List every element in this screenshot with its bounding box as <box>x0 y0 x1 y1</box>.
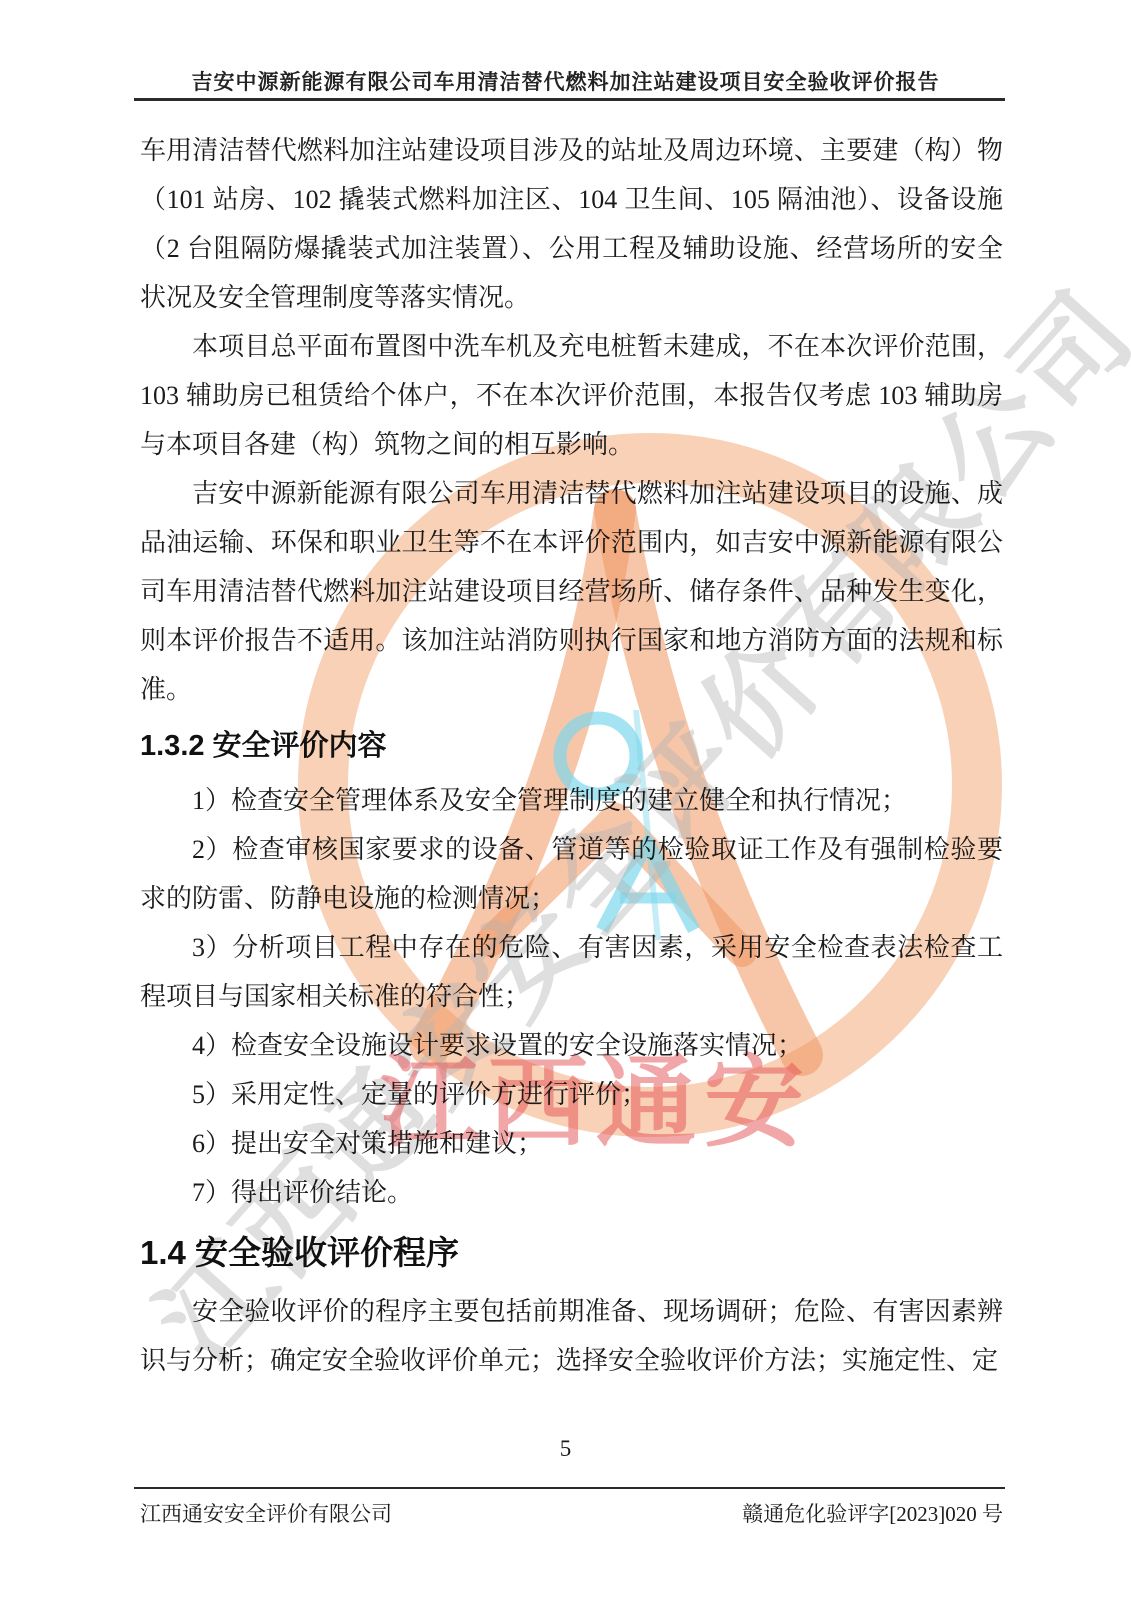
document-body: 车用清洁替代燃料加注站建设项目涉及的站址及周边环境、主要建（构）物（101 站房… <box>140 126 1003 1385</box>
list-item: 6）提出安全对策措施和建议； <box>140 1119 1003 1168</box>
paragraph: 安全验收评价的程序主要包括前期准备、现场调研；危险、有害因素辨识与分析；确定安全… <box>140 1287 1003 1385</box>
list-item: 5）采用定性、定量的评价方进行评价； <box>140 1070 1003 1119</box>
header-rule <box>134 98 1005 101</box>
section-heading-1-3-2: 1.3.2 安全评价内容 <box>140 722 1003 771</box>
paragraph: 本项目总平面布置图中洗车机及充电桩暂未建成，不在本次评价范围，103 辅助房已租… <box>140 322 1003 469</box>
header-title: 吉安中源新能源有限公司车用清洁替代燃料加注站建设项目安全验收评价报告 <box>0 66 1131 96</box>
page-content: 吉安中源新能源有限公司车用清洁替代燃料加注站建设项目安全验收评价报告 车用清洁替… <box>0 0 1131 1600</box>
paragraph: 吉安中源新能源有限公司车用清洁替代燃料加注站建设项目的设施、成品油运输、环保和职… <box>140 469 1003 714</box>
footer: 江西通安安全评价有限公司 赣通危化验评字[2023]020 号 <box>140 1498 1003 1528</box>
section-heading-1-4: 1.4 安全验收评价程序 <box>140 1227 1003 1279</box>
list-item: 4）检查安全设施设计要求设置的安全设施落实情况； <box>140 1021 1003 1070</box>
footer-rule <box>134 1487 1005 1489</box>
evaluation-content-list: 1）检查安全管理体系及安全管理制度的建立健全和执行情况； 2）检查审核国家要求的… <box>140 776 1003 1217</box>
list-item: 3）分析项目工程中存在的危险、有害因素，采用安全检查表法检查工程项目与国家相关标… <box>140 923 1003 1021</box>
list-item: 2）检查审核国家要求的设备、管道等的检验取证工作及有强制检验要求的防雷、防静电设… <box>140 825 1003 923</box>
page-number: 5 <box>0 1436 1131 1462</box>
paragraph: 车用清洁替代燃料加注站建设项目涉及的站址及周边环境、主要建（构）物（101 站房… <box>140 126 1003 322</box>
list-item: 7）得出评价结论。 <box>140 1168 1003 1217</box>
footer-company: 江西通安安全评价有限公司 <box>140 1498 392 1528</box>
report-page: 江西通安安全评价有限公司 江西通安 吉安中源新能源有限公司车用清洁替代燃料加注站… <box>0 0 1131 1600</box>
list-item: 1）检查安全管理体系及安全管理制度的建立健全和执行情况； <box>140 776 1003 825</box>
footer-doc-number: 赣通危化验评字[2023]020 号 <box>742 1498 1003 1528</box>
